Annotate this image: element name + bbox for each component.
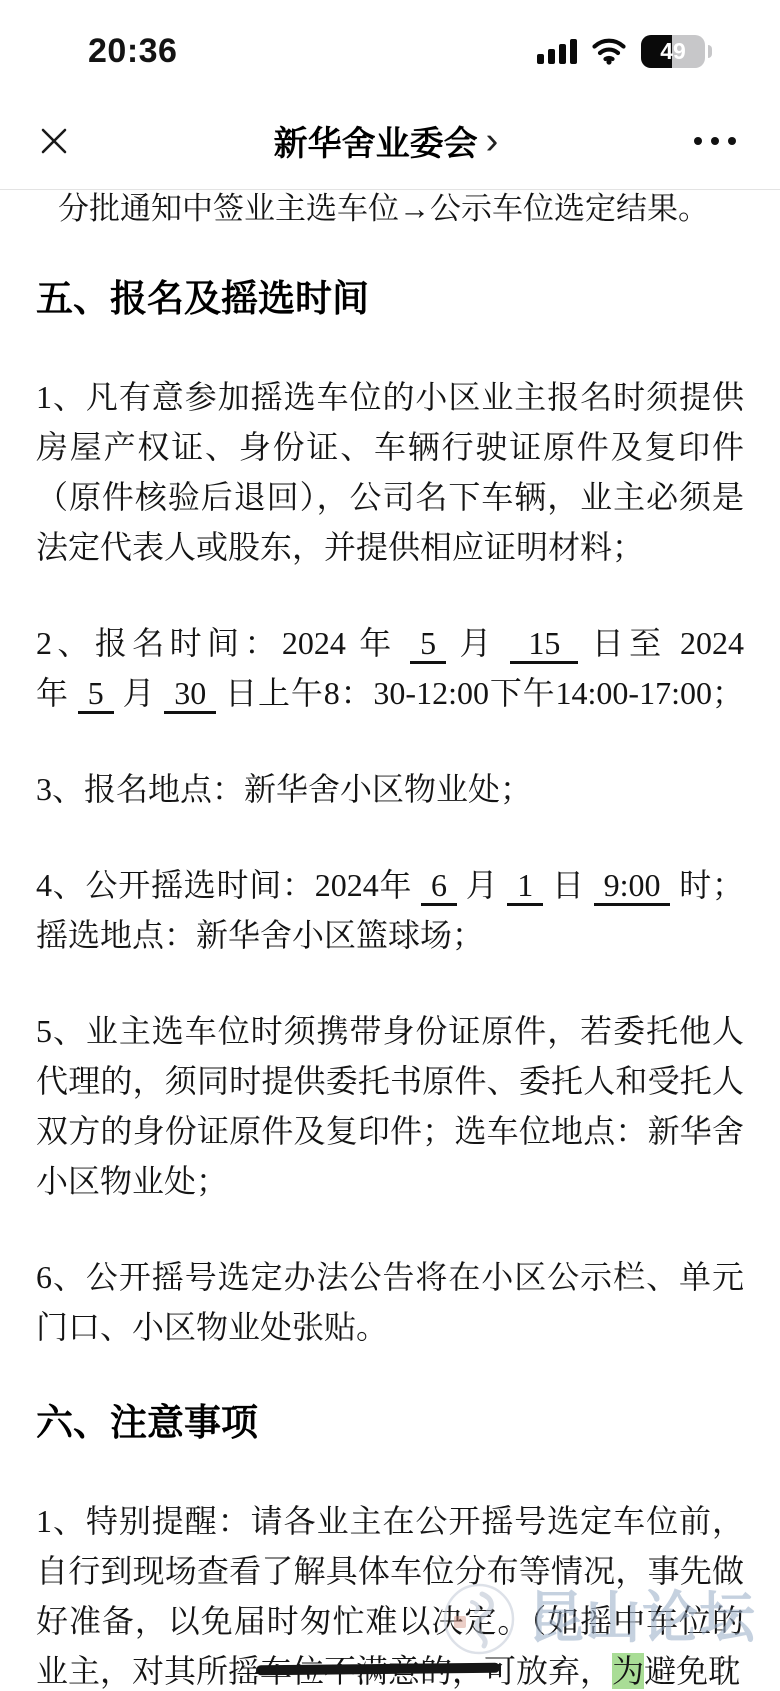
document-view[interactable]: 分批通知中签业主选车位→公示车位选定结果。 五、报名及摇选时间 1、凡有意参加摇… <box>0 190 780 1690</box>
chevron-right-icon: › <box>486 122 499 160</box>
item-6: 6、公开摇号选定办法公告将在小区公示栏、单元门口、小区物业处张贴。 <box>36 1252 744 1352</box>
status-icons: 49 <box>537 35 712 68</box>
chat-title[interactable]: 新华舍业委会 › <box>274 116 499 165</box>
battery-icon: 49 <box>641 35 705 68</box>
text-segment: 避免耽 <box>644 1653 740 1689</box>
text-segment: 为 <box>612 1653 644 1689</box>
text-segment: 1 <box>507 867 543 906</box>
text-segment: 车位不满意的， <box>260 1653 484 1689</box>
text-segment: 日上午8：30-12:00下午14:00-17:00； <box>216 675 744 711</box>
text-segment: 6 <box>421 867 457 906</box>
note-1: 1、特别提醒：请各业主在公开摇号选定车位前，自行到现场查看了解具体车位分布等情况… <box>36 1496 744 1690</box>
battery-percent: 49 <box>641 35 705 68</box>
text-segment: 30 <box>164 675 216 714</box>
text-segment: 9:00 <box>594 867 671 906</box>
intro-line: 分批通知中签业主选车位→公示车位选定结果。 <box>36 190 744 234</box>
more-button[interactable] <box>694 137 736 145</box>
text-segment: 日 <box>543 867 593 903</box>
text-segment: 可放弃， <box>484 1653 612 1689</box>
text-segment: 5 <box>78 675 114 714</box>
text-segment: 日至 2024 <box>578 625 744 661</box>
close-icon <box>38 125 70 157</box>
text-segment: 月 <box>114 675 165 711</box>
nav-bar: 新华舍业委会 › <box>0 92 780 190</box>
item-5: 5、业主选车位时须携带身份证原件，若委托他人代理的，须同时提供委托书原件、委托人… <box>36 1006 744 1206</box>
section-heading-5: 五、报名及摇选时间 <box>36 274 744 324</box>
text-segment: 15 <box>510 625 578 664</box>
item-4: 4、公开摇选时间：2024年 6 月 1 日 9:00 时；摇选地点：新华舍小区… <box>36 860 744 960</box>
item-1: 1、凡有意参加摇选车位的小区业主报名时须提供房屋产权证、身份证、车辆行驶证原件及… <box>36 372 744 572</box>
phone-screen: 20:36 49 新华舍业委会 › <box>0 0 780 1691</box>
page-title: 新华舍业委会 <box>274 116 478 165</box>
battery-nub <box>708 45 712 58</box>
text-segment: 5 <box>410 625 446 664</box>
cellular-signal-icon <box>537 38 577 64</box>
item-2: 2、报名时间：2024 年 5 月 15 日至 2024年 5 月 30 日上午… <box>36 618 744 718</box>
clock: 20:36 <box>88 32 177 71</box>
wifi-icon <box>591 37 627 65</box>
text-segment: 月 <box>457 867 507 903</box>
close-button[interactable] <box>38 125 78 157</box>
text-segment: 年 <box>36 675 78 711</box>
status-bar: 20:36 49 <box>0 0 780 92</box>
item-3: 3、报名地点：新华舍小区物业处； <box>36 764 744 814</box>
text-segment: 4、公开摇选时间：2024年 <box>36 867 421 903</box>
text-segment: 2、报名时间：2024 年 <box>36 625 410 661</box>
section-heading-6: 六、注意事项 <box>36 1398 744 1448</box>
text-segment: 月 <box>446 625 510 661</box>
